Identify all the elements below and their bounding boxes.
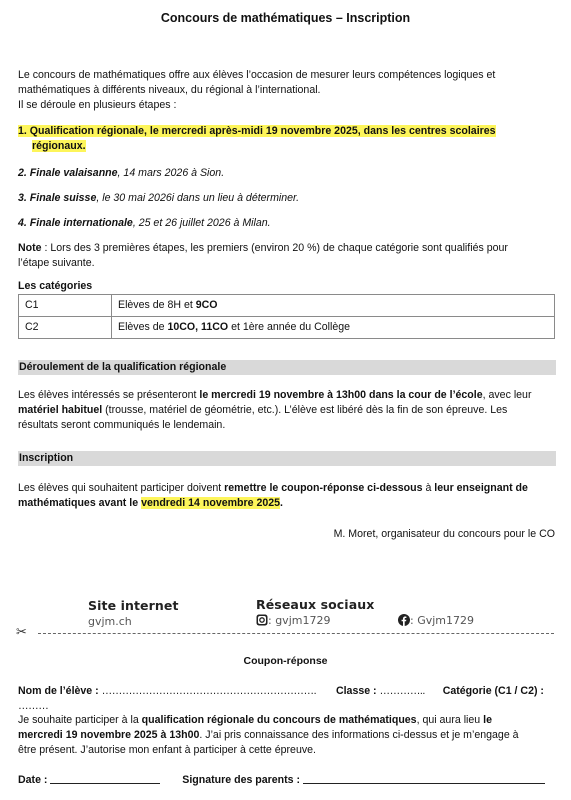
social-label: Réseaux sociaux — [256, 597, 374, 612]
intro-line: Il se déroule en plusieurs étapes : — [18, 98, 554, 113]
date-field[interactable] — [50, 772, 160, 784]
parents-signature-label: Signature des parents : — [182, 774, 300, 786]
date-label: Date : — [18, 774, 47, 786]
scissors-icon: ✂ — [16, 624, 27, 639]
class-label: Classe : — [336, 685, 377, 697]
step-detail: , 14 mars 2026 à Sion. — [118, 167, 225, 179]
step-number: 2. — [18, 167, 27, 179]
categories-heading: Les catégories — [18, 279, 92, 294]
coupon-statement: Je souhaite participer à la qualificatio… — [18, 713, 563, 758]
step-text: Qualification régionale, le mercredi apr… — [30, 125, 496, 137]
step-detail: , 25 et 26 juillet 2026 à Milan. — [133, 217, 271, 229]
note-label: Note — [18, 242, 42, 254]
section-heading-inscription: Inscription — [18, 451, 556, 466]
step-text: régionaux. — [32, 140, 86, 152]
note-paragraph: Note : Lors des 3 premières étapes, les … — [18, 241, 554, 271]
category-label: Catégorie (C1 / C2) : — [443, 685, 544, 697]
coupon-signature-row: Date : Signature des parents : — [18, 772, 558, 788]
table-row: C1 Elèves de 8H et 9CO — [19, 295, 555, 317]
student-name-field[interactable]: ………………………………………………………. — [102, 685, 316, 697]
category-field[interactable]: ……… — [18, 700, 48, 712]
page-title: Concours de mathématiques – Inscription — [0, 11, 571, 26]
step-name: Finale internationale — [30, 217, 133, 229]
facebook-icon — [398, 614, 410, 626]
step-2: 2. Finale valaisanne, 14 mars 2026 à Sio… — [18, 166, 558, 181]
step-1: 1. Qualification régionale, le mercredi … — [18, 124, 558, 154]
categories-table: C1 Elèves de 8H et 9CO C2 Elèves de 10CO… — [18, 294, 555, 339]
inscription-paragraph: Les élèves qui souhaitent participer doi… — [18, 481, 563, 511]
instagram-icon — [256, 614, 268, 626]
organizer-signature: M. Moret, organisateur du concours pour … — [334, 527, 555, 542]
category-description: Elèves de 10CO, 11CO et 1ère année du Co… — [112, 317, 555, 339]
step-number: 3. — [18, 192, 27, 204]
coupon-fields-row: Nom de l’élève : ………………………………………………………. … — [18, 684, 558, 714]
deroulement-paragraph: Les élèves intéressés se présenteront le… — [18, 388, 558, 433]
parents-signature-field[interactable] — [303, 772, 545, 784]
facebook-link[interactable]: : Gvjm1729 — [398, 613, 474, 628]
intro-line: Le concours de mathématiques offre aux é… — [18, 68, 554, 83]
website-link[interactable]: gvjm.ch — [88, 614, 132, 629]
step-3: 3. Finale suisse, le 30 mai 2026i dans u… — [18, 191, 558, 206]
class-field[interactable]: ………….. — [380, 685, 425, 697]
step-number: 1. — [18, 125, 27, 137]
step-name: Finale valaisanne — [30, 167, 118, 179]
table-row: C2 Elèves de 10CO, 11CO et 1ère année du… — [19, 317, 555, 339]
student-name-label: Nom de l’élève : — [18, 685, 99, 697]
intro-paragraph: Le concours de mathématiques offre aux é… — [18, 68, 554, 113]
coupon-title: Coupon-réponse — [0, 654, 571, 669]
category-description: Elèves de 8H et 9CO — [112, 295, 555, 317]
step-name: Finale suisse — [30, 192, 97, 204]
instagram-link[interactable]: : gvjm1729 — [256, 613, 330, 628]
step-number: 4. — [18, 217, 27, 229]
cut-line — [38, 633, 554, 634]
step-4: 4. Finale internationale, 25 et 26 juill… — [18, 216, 558, 231]
deadline-date: vendredi 14 novembre 2025 — [141, 497, 280, 509]
note-text: : Lors des 3 premières étapes, les premi… — [42, 242, 508, 254]
category-code: C1 — [19, 295, 112, 317]
intro-line: mathématiques à différents niveaux, du r… — [18, 83, 554, 98]
category-code: C2 — [19, 317, 112, 339]
section-heading-deroulement: Déroulement de la qualification régional… — [18, 360, 556, 375]
website-label: Site internet — [88, 598, 179, 613]
note-text: l’étape suivante. — [18, 256, 554, 271]
step-detail: , le 30 mai 2026i dans un lieu à détermi… — [96, 192, 299, 204]
